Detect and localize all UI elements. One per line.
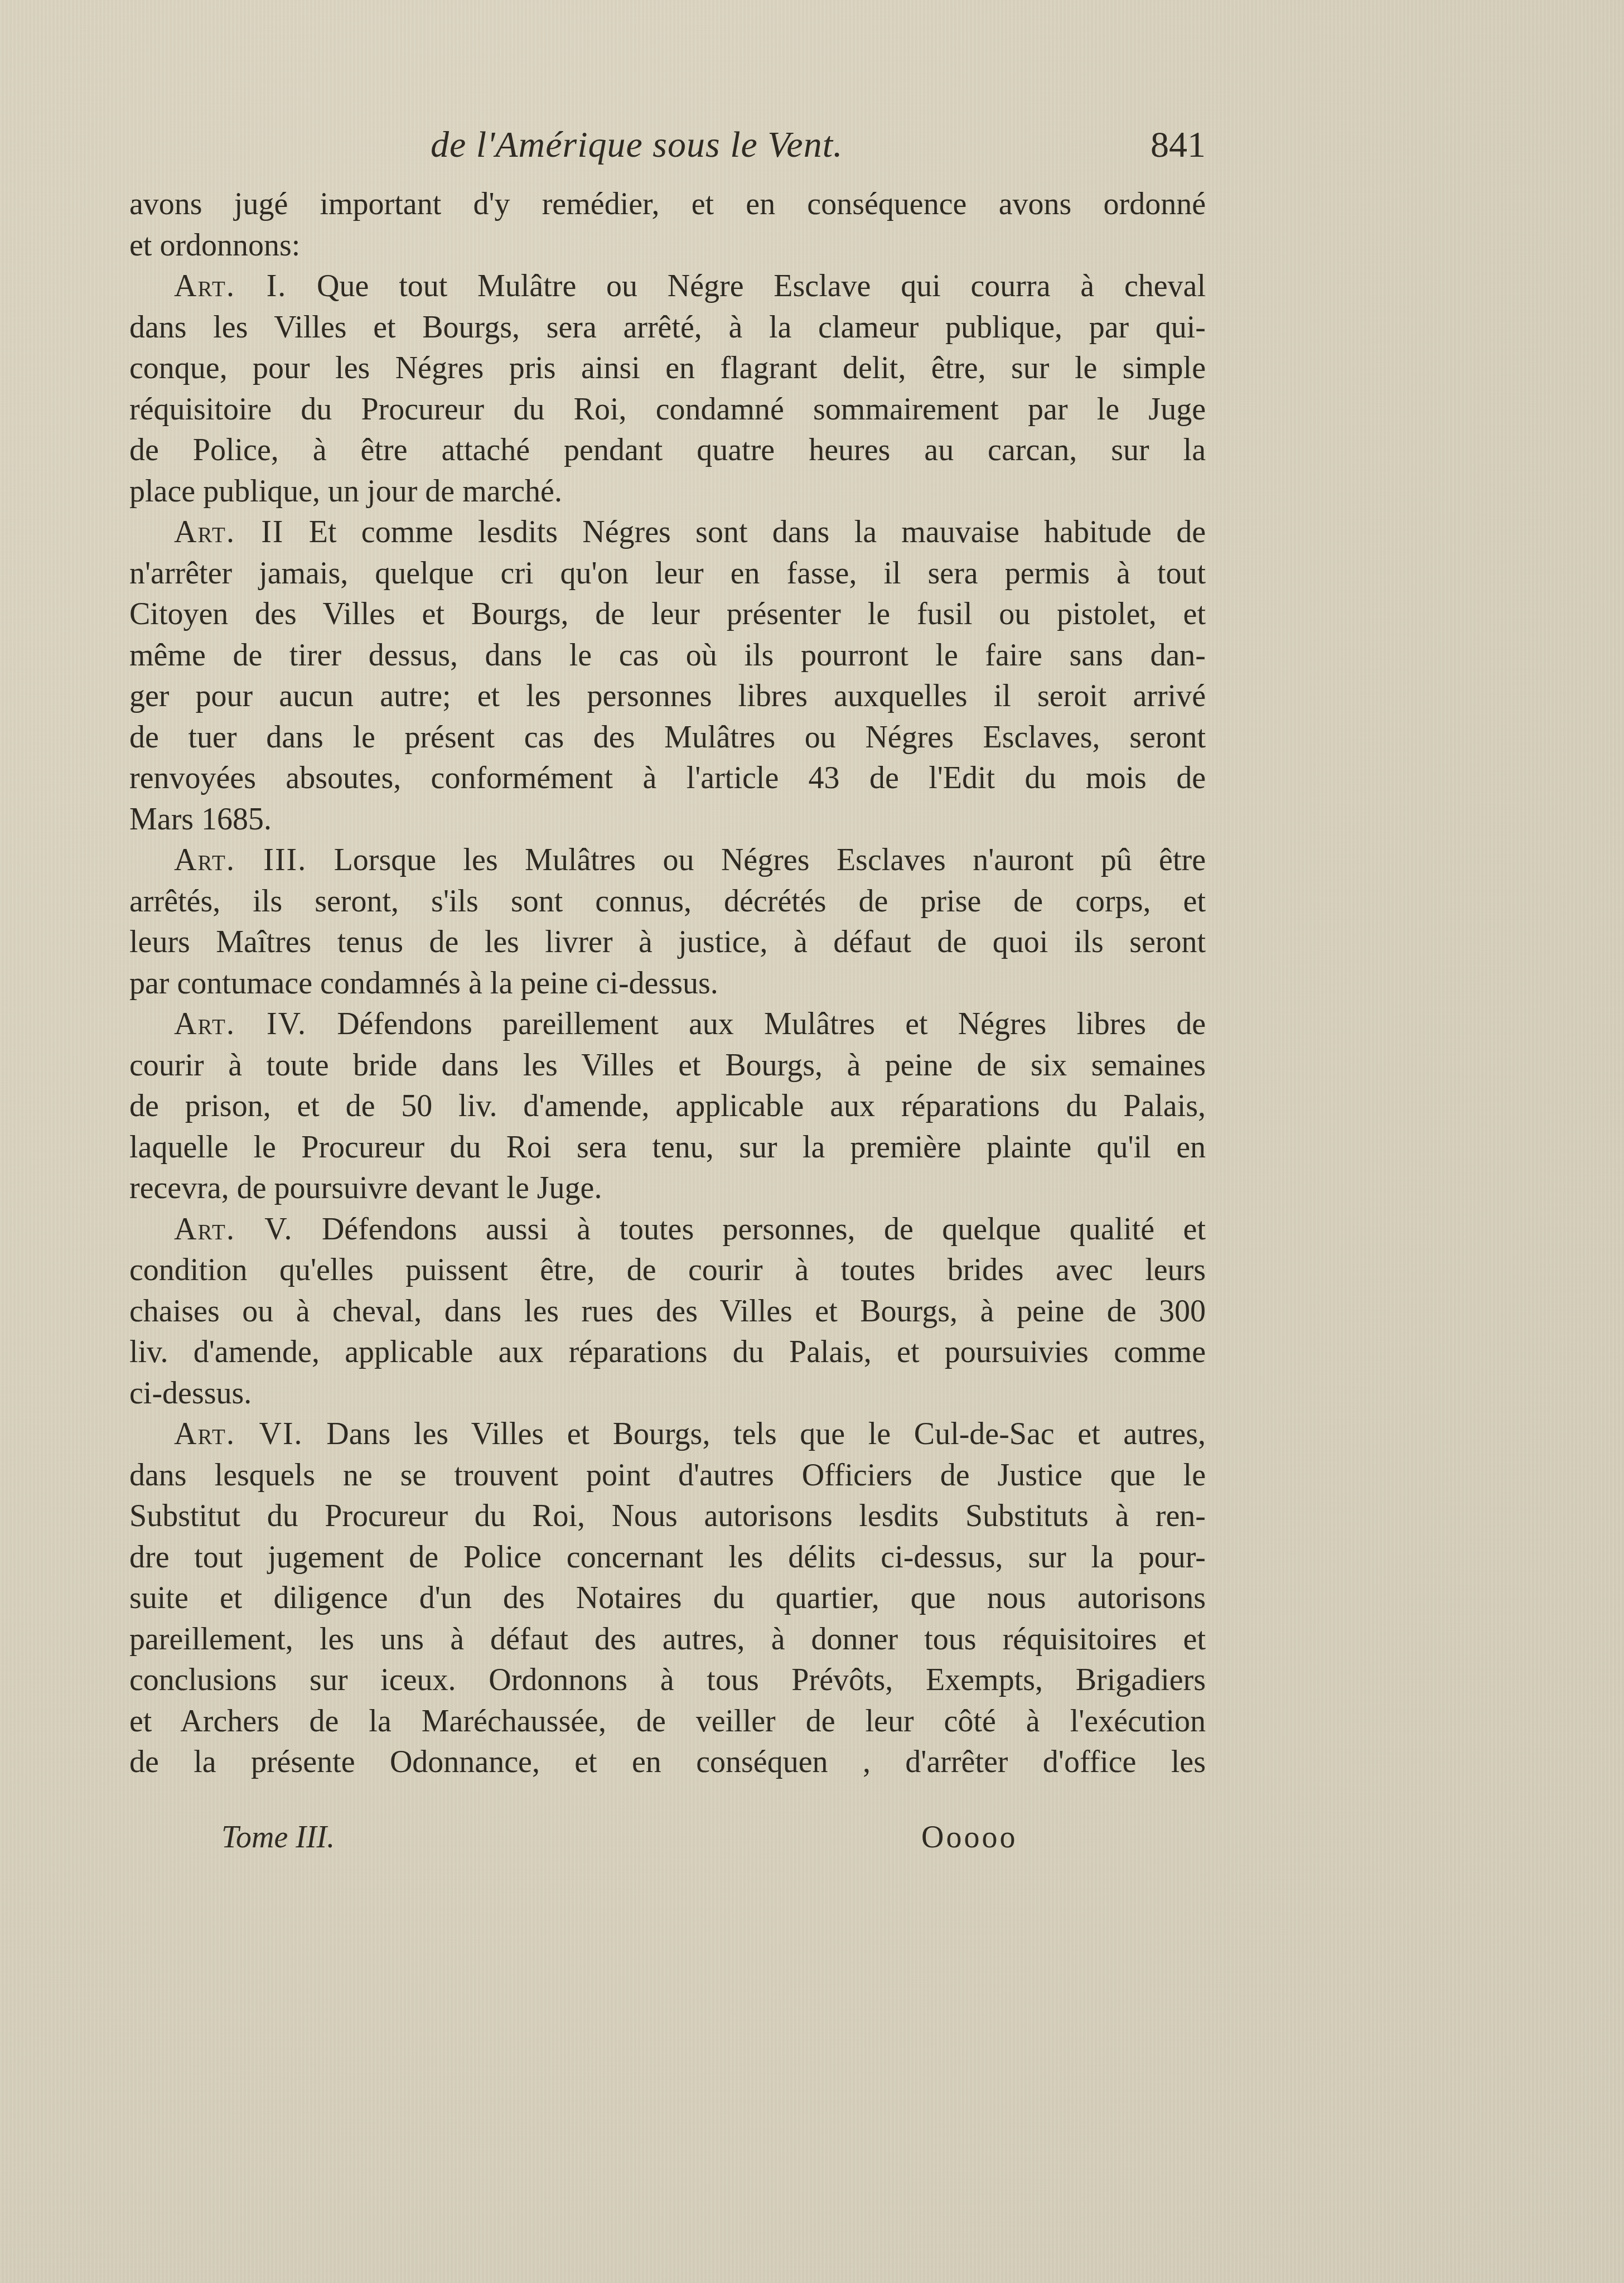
article-label: Art. VI. (174, 1417, 303, 1451)
line-text: liv. d'amende, applicable aux réparation… (129, 1335, 1206, 1369)
article-label: Art. IV. (174, 1007, 307, 1041)
article-first-line: Art. III. Lorsque les Mulâtres ou Négres… (129, 840, 1206, 881)
line-text: leurs Maîtres tenus de les livrer à just… (129, 925, 1206, 959)
article-label: Art. I. (174, 269, 287, 303)
article-first-line: Art. V. Défendons aussi à toutes personn… (129, 1209, 1206, 1251)
line-text: même de tirer dessus, dans le cas où ils… (129, 638, 1206, 673)
line-text: réquisitoire du Procureur du Roi, condam… (129, 392, 1206, 427)
line-text: n'arrêter jamais, quelque cri qu'on leur… (129, 556, 1206, 591)
article-first-line: Art. VI. Dans les Villes et Bourgs, tels… (129, 1414, 1206, 1455)
line-text: place publique, un jour de marché. (129, 474, 562, 509)
line-text: ger pour aucun autre; et les personnes l… (129, 679, 1206, 713)
text-line: de prison, et de 50 liv. d'amende, appli… (129, 1086, 1206, 1127)
text-line: condition qu'elles puissent être, de cou… (129, 1250, 1206, 1291)
text-line: réquisitoire du Procureur du Roi, condam… (129, 389, 1206, 431)
line-text: Défendons pareillement aux Mulâtres et N… (307, 1007, 1206, 1041)
line-text: chaises ou à cheval, dans les rues des V… (129, 1294, 1206, 1329)
text-line: liv. d'amende, applicable aux réparation… (129, 1332, 1206, 1373)
text-line: par contumace condamnés à la peine ci-de… (129, 963, 1206, 1005)
line-text: ci-dessus. (129, 1376, 252, 1411)
line-text: et ordonnons: (129, 228, 300, 263)
line-text: dans lesquels ne se trouvent point d'aut… (129, 1458, 1206, 1493)
text-line: Mars 1685. (129, 799, 1206, 841)
text-line: même de tirer dessus, dans le cas où ils… (129, 635, 1206, 677)
page-number: 841 (1151, 124, 1206, 166)
line-text: Dans les Villes et Bourgs, tels que le C… (303, 1417, 1206, 1451)
text-line: conque, pour les Négres pris ainsi en fl… (129, 348, 1206, 389)
line-text: et Archers de la Maréchaussée, de veille… (129, 1704, 1206, 1739)
text-line: dans lesquels ne se trouvent point d'aut… (129, 1455, 1206, 1497)
text-line: chaises ou à cheval, dans les rues des V… (129, 1291, 1206, 1333)
line-text: courir à toute bride dans les Villes et … (129, 1048, 1206, 1083)
text-line: leurs Maîtres tenus de les livrer à just… (129, 922, 1206, 963)
text-line: et ordonnons: (129, 225, 1206, 267)
body-text: avons jugé important d'y remédier, et en… (129, 184, 1206, 1783)
line-text: de la présente Odonnance, et en conséque… (129, 1745, 1206, 1779)
article-first-line: Art. IV. Défendons pareillement aux Mulâ… (129, 1004, 1206, 1045)
text-line: place publique, un jour de marché. (129, 471, 1206, 513)
page-footer: Tome III. Ooooo (129, 1819, 1206, 1864)
text-line: Citoyen des Villes et Bourgs, de leur pr… (129, 594, 1206, 635)
article-label: Art. II (174, 515, 284, 549)
running-head: de l'Amérique sous le Vent. 841 (129, 124, 1206, 168)
line-text: de prison, et de 50 liv. d'amende, appli… (129, 1089, 1206, 1123)
signature-mark: Ooooo (921, 1819, 1017, 1855)
text-line: conclusions sur iceux. Ordonnons à tous … (129, 1660, 1206, 1701)
line-text: laquelle le Procureur du Roi sera tenu, … (129, 1130, 1206, 1165)
text-line: pareillement, les uns à défaut des autre… (129, 1619, 1206, 1661)
line-text: pareillement, les uns à défaut des autre… (129, 1622, 1206, 1657)
text-line: de la présente Odonnance, et en conséque… (129, 1742, 1206, 1783)
text-line: avons jugé important d'y remédier, et en… (129, 184, 1206, 225)
line-text: condition qu'elles puissent être, de cou… (129, 1253, 1206, 1287)
running-title: de l'Amérique sous le Vent. (431, 124, 843, 166)
volume-label: Tome III. (221, 1819, 335, 1855)
book-page: de l'Amérique sous le Vent. 841 avons ju… (0, 0, 1624, 2283)
line-text: recevra, de poursuivre devant le Juge. (129, 1171, 602, 1205)
line-text: Mars 1685. (129, 802, 272, 837)
text-line: laquelle le Procureur du Roi sera tenu, … (129, 1127, 1206, 1169)
article-first-line: Art. I. Que tout Mulâtre ou Négre Esclav… (129, 266, 1206, 307)
line-text: dans les Villes et Bourgs, sera arrêté, … (129, 310, 1206, 345)
text-line: de Police, à être attaché pendant quatre… (129, 430, 1206, 471)
line-text: conclusions sur iceux. Ordonnons à tous … (129, 1663, 1206, 1697)
text-line: ger pour aucun autre; et les personnes l… (129, 676, 1206, 717)
text-line: de tuer dans le présent cas des Mulâtres… (129, 717, 1206, 759)
text-line: suite et diligence d'un des Notaires du … (129, 1578, 1206, 1619)
text-line: courir à toute bride dans les Villes et … (129, 1045, 1206, 1087)
text-line: ci-dessus. (129, 1373, 1206, 1415)
line-text: de Police, à être attaché pendant quatre… (129, 433, 1206, 467)
line-text: Citoyen des Villes et Bourgs, de leur pr… (129, 597, 1206, 631)
article-label: Art. III. (174, 843, 307, 877)
article-label: Art. V. (174, 1212, 293, 1247)
line-text: conque, pour les Négres pris ainsi en fl… (129, 351, 1206, 385)
text-line: n'arrêter jamais, quelque cri qu'on leur… (129, 553, 1206, 595)
line-text: Que tout Mulâtre ou Négre Esclave qui co… (287, 269, 1206, 303)
line-text: dre tout jugement de Police concernant l… (129, 1540, 1206, 1575)
line-text: Substitut du Procureur du Roi, Nous auto… (129, 1499, 1206, 1533)
line-text: par contumace condamnés à la peine ci-de… (129, 966, 718, 1001)
text-line: et Archers de la Maréchaussée, de veille… (129, 1701, 1206, 1743)
article-first-line: Art. II Et comme lesdits Négres sont dan… (129, 512, 1206, 553)
line-text: de tuer dans le présent cas des Mulâtres… (129, 720, 1206, 755)
line-text: Et comme lesdits Négres sont dans la mau… (284, 515, 1206, 549)
line-text: suite et diligence d'un des Notaires du … (129, 1581, 1206, 1615)
line-text: avons jugé important d'y remédier, et en… (129, 187, 1206, 221)
text-line: dre tout jugement de Police concernant l… (129, 1537, 1206, 1579)
line-text: Lorsque les Mulâtres ou Négres Esclaves … (307, 843, 1206, 877)
text-line: renvoyées absoutes, conformément à l'art… (129, 758, 1206, 799)
line-text: arrêtés, ils seront, s'ils sont connus, … (129, 884, 1206, 919)
text-line: recevra, de poursuivre devant le Juge. (129, 1168, 1206, 1209)
text-line: Substitut du Procureur du Roi, Nous auto… (129, 1496, 1206, 1537)
text-line: dans les Villes et Bourgs, sera arrêté, … (129, 307, 1206, 349)
line-text: renvoyées absoutes, conformément à l'art… (129, 761, 1206, 795)
text-line: arrêtés, ils seront, s'ils sont connus, … (129, 881, 1206, 923)
line-text: Défendons aussi à toutes personnes, de q… (293, 1212, 1206, 1247)
